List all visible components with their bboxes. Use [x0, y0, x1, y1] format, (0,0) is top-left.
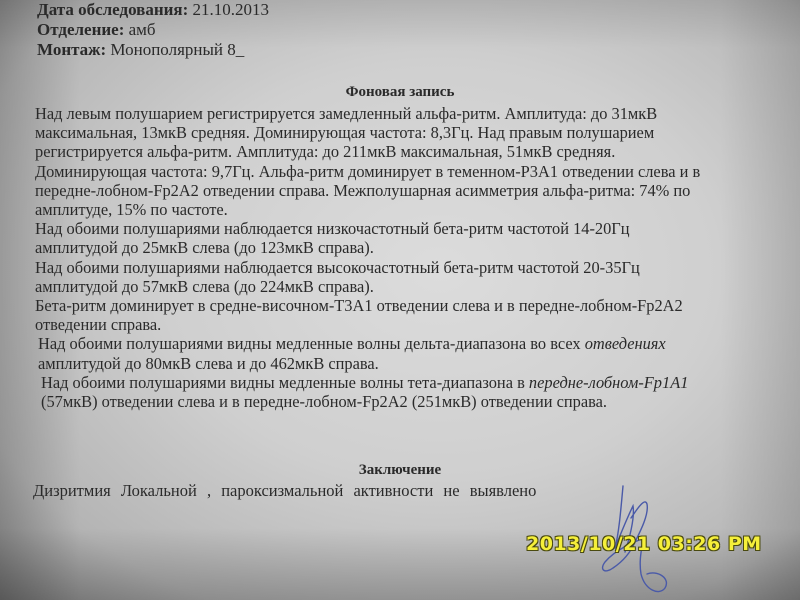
body-line: Бета-ритм доминирует в средне-височном-T…	[35, 296, 795, 315]
montage-label: Монтаж:	[37, 40, 106, 59]
body-line: Доминирующая частота: 9,7Гц. Альфа-ритм …	[35, 162, 795, 181]
body-line-text: Над обоими полушариями видны медленные в…	[41, 373, 529, 392]
exam-date-value: 21.10.2013	[193, 0, 270, 19]
body-line: Над обоими полушариями видны медленные в…	[35, 373, 795, 392]
exam-date-row: Дата обследования: 21.10.2013	[37, 0, 269, 20]
body-line: амплитудой до 57мкВ слева (до 224мкВ спр…	[35, 277, 795, 296]
body-line: отведении справа.	[35, 315, 795, 334]
montage-value: Монополярный 8_	[110, 40, 244, 59]
background-section-body: Над левым полушарием регистрируется заме…	[35, 104, 795, 411]
body-line: Над обоими полушариями наблюдается низко…	[35, 219, 795, 238]
body-line: амплитудой до 80мкВ слева и до 462мкВ сп…	[35, 354, 795, 373]
department-value: амб	[129, 20, 156, 39]
body-line: амплитудой до 25мкВ слева (до 123мкВ спр…	[35, 238, 795, 257]
body-line-italic: отведениях	[585, 334, 666, 353]
conclusion-title: Заключение	[0, 462, 800, 479]
body-line-italic: передне-лобном-Fp1A1	[529, 373, 689, 392]
background-section-title: Фоновая запись	[0, 84, 800, 101]
montage-row: Монтаж: Монополярный 8_	[37, 40, 269, 60]
exam-date-label: Дата обследования:	[37, 0, 188, 19]
body-line-text: Над обоими полушариями видны медленные в…	[38, 334, 581, 353]
body-line: Над обоими полушариями видны медленные в…	[35, 334, 795, 353]
body-line: Над обоими полушариями наблюдается высок…	[35, 258, 795, 277]
body-line: передне-лобном-Fp2A2 отведении справа. М…	[35, 181, 795, 200]
body-line: регистрируется альфа-ритм. Амплитуда: до…	[35, 142, 795, 161]
exam-header: Дата обследования: 21.10.2013 Отделение:…	[37, 0, 269, 60]
department-row: Отделение: амб	[37, 20, 269, 40]
body-line: (57мкВ) отведении слева и в передне-лобн…	[35, 392, 795, 411]
department-label: Отделение:	[37, 20, 124, 39]
conclusion-text: Дизритмия Локальной , пароксизмальной ак…	[33, 481, 536, 501]
body-line: Над левым полушарием регистрируется заме…	[35, 104, 795, 123]
body-line: амплитуде, 15% по частоте.	[35, 200, 795, 219]
photo-timestamp: 2013/10/21 03:26 PM	[526, 533, 762, 555]
body-line: максимальная, 13мкВ средняя. Доминирующа…	[35, 123, 795, 142]
